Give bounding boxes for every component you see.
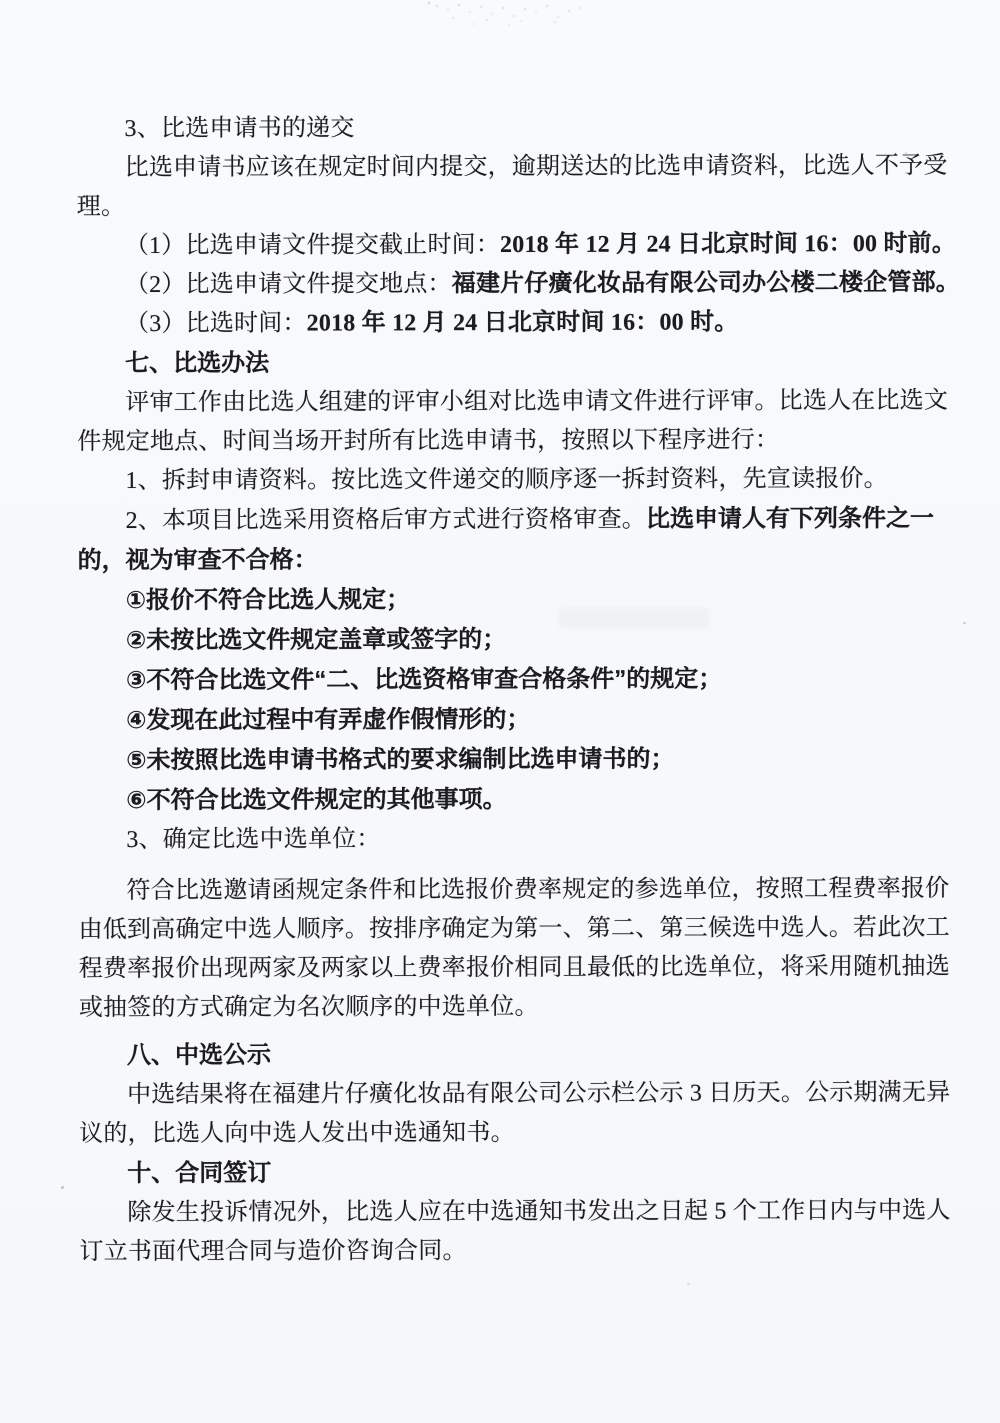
text-segment: 1、拆封申请资料。按比选文件递交的顺序逐一拆封资料，先宣读报价。 <box>125 466 887 494</box>
text-line: 除发生投诉情况外，比选人应在中选通知书发出之日起 5 个工作日内与中选人 <box>79 1192 955 1233</box>
text-segment: 2018 年 12 月 24 日北京时间 16：00 时。 <box>307 309 739 336</box>
heading-segment: 比选申请人有下列条件之一 <box>646 505 934 533</box>
text-segment: 件规定地点、时间当场开封所有比选申请书，按照以下程序进行： <box>77 427 779 455</box>
text-line: 中选结果将在福建片仔癀化妆品有限公司公示栏公示 3 日历天。公示期满无异 <box>79 1074 955 1115</box>
text-line: 订立书面代理合同与造价咨询合同。 <box>79 1231 955 1272</box>
text-line: 议的，比选人向中选人发出中选通知书。 <box>79 1113 955 1154</box>
text-segment: 订立书面代理合同与造价咨询合同。 <box>79 1238 466 1265</box>
heading-segment: ②未按比选文件规定盖章或签字的； <box>126 626 506 654</box>
scan-noise-cloud <box>428 2 430 4</box>
text-segment: 3、确定比选中选单位： <box>126 826 380 853</box>
text-line: 十、合同签订 <box>79 1152 955 1194</box>
text-line: ④发现在此过程中有弄虚作假情形的； <box>78 699 954 741</box>
text-line: 八、中选公示 <box>79 1034 955 1076</box>
text-line: 评审工作由比选人组建的评审小组对比选申请文件进行评审。比选人在比选文 <box>77 382 953 423</box>
text-line: 3、比选申请书的递交 <box>76 108 952 149</box>
text-line: 或抽签的方式确定为名次顺序的中选单位。 <box>79 987 955 1028</box>
text-line: 程费率报价出现两家及两家以上费率报价相同且最低的比选单位，将采用随机抽选 <box>79 948 955 989</box>
text-line: （2）比选申请文件提交地点：福建片仔癀化妆品有限公司办公楼二楼企管部。 <box>77 264 953 305</box>
text-segment: 由低到高确定中选人顺序。按排序确定为第一、第二、第三候选中选人。若此次工 <box>79 915 950 943</box>
text-line: ①报价不符合比选人规定； <box>78 579 954 621</box>
text-line: （3）比选时间：2018 年 12 月 24 日北京时间 16：00 时。 <box>77 303 953 344</box>
text-line: （1）比选申请文件提交截止时间：2018 年 12 月 24 日北京时间 16：… <box>77 225 953 266</box>
text-line: 件规定地点、时间当场开封所有比选申请书，按照以下程序进行： <box>77 421 953 462</box>
heading-segment: 八、中选公示 <box>127 1042 271 1069</box>
text-segment: 2、本项目比选采用资格后审方式进行资格审查。 <box>126 507 646 534</box>
text-segment: 除发生投诉情况外，比选人应在中选通知书发出之日起 5 个工作日内与中选人 <box>127 1198 950 1226</box>
text-segment: 或抽签的方式确定为名次顺序的中选单位。 <box>79 994 539 1021</box>
text-segment: （1）比选申请文件提交截止时间： <box>125 232 500 259</box>
heading-segment: ③不符合比选文件“二、比选资格审查合格条件”的规定； <box>126 665 722 694</box>
text-line: 七、比选办法 <box>77 342 953 384</box>
text-line: ②未按比选文件规定盖章或签字的； <box>78 619 954 661</box>
text-line: 1、拆封申请资料。按比选文件递交的顺序逐一拆封资料，先宣读报价。 <box>77 460 953 501</box>
heading-segment: 七、比选办法 <box>125 350 269 377</box>
text-segment: 符合比选邀请函规定条件和比选报价费率规定的参选单位，按照工程费率报价 <box>126 876 949 904</box>
heading-segment: 的，视为审查不合格： <box>78 547 318 575</box>
text-line: ⑥不符合比选文件规定的其他事项。 <box>78 779 954 821</box>
text-line: 3、确定比选中选单位： <box>78 819 954 860</box>
scan-speck <box>61 1186 64 1189</box>
text-segment: 中选结果将在福建片仔癀化妆品有限公司公示栏公示 3 日历天。公示期满无异 <box>127 1080 950 1108</box>
text-line: ⑤未按照比选申请书格式的要求编制比选申请书的； <box>78 739 954 781</box>
text-segment: 2018 年 12 月 24 日北京时间 16：00 时前。 <box>500 231 956 258</box>
text-segment: 3、比选申请书的递交 <box>124 115 354 142</box>
text-segment: 理。 <box>77 194 125 220</box>
text-line: 的，视为审查不合格： <box>78 539 954 581</box>
text-segment: 比选申请书应该在规定时间内提交，逾期送达的比选申请资料，比选人不予受 <box>125 153 948 181</box>
text-segment: 议的，比选人向中选人发出中选通知书。 <box>79 1120 515 1147</box>
scan-speck <box>687 1283 690 1285</box>
text-line: 由低到高确定中选人顺序。按排序确定为第一、第二、第三候选中选人。若此次工 <box>79 909 955 950</box>
text-line: ③不符合比选文件“二、比选资格审查合格条件”的规定； <box>78 659 954 701</box>
document-lines: 3、比选申请书的递交比选申请书应该在规定时间内提交，逾期送达的比选申请资料，比选… <box>76 108 955 1272</box>
document-page: 3、比选申请书的递交比选申请书应该在规定时间内提交，逾期送达的比选申请资料，比选… <box>0 0 1000 1423</box>
heading-segment: 十、合同签订 <box>127 1160 271 1187</box>
text-line: 符合比选邀请函规定条件和比选报价费率规定的参选单位，按照工程费率报价 <box>78 870 954 911</box>
text-segment: （2）比选申请文件提交地点： <box>125 271 452 298</box>
text-segment: 福建片仔癀化妆品有限公司办公楼二楼企管部。 <box>452 270 960 297</box>
heading-segment: ④发现在此过程中有弄虚作假情形的； <box>126 706 530 734</box>
text-segment: （3）比选时间： <box>125 311 307 337</box>
text-line: 理。 <box>77 186 953 227</box>
text-line: 2、本项目比选采用资格后审方式进行资格审查。比选申请人有下列条件之一 <box>78 499 954 541</box>
heading-segment: ⑥不符合比选文件规定的其他事项。 <box>126 786 506 814</box>
text-segment: 评审工作由比选人组建的评审小组对比选申请文件进行评审。比选人在比选文 <box>125 388 948 416</box>
text-segment: 程费率报价出现两家及两家以上费率报价相同且最低的比选单位，将采用随机抽选 <box>79 954 950 982</box>
scan-speck <box>963 622 966 624</box>
heading-segment: ①报价不符合比选人规定； <box>126 586 410 614</box>
text-line: 比选申请书应该在规定时间内提交，逾期送达的比选申请资料，比选人不予受 <box>77 147 953 188</box>
heading-segment: ⑤未按照比选申请书格式的要求编制比选申请书的； <box>126 746 674 774</box>
